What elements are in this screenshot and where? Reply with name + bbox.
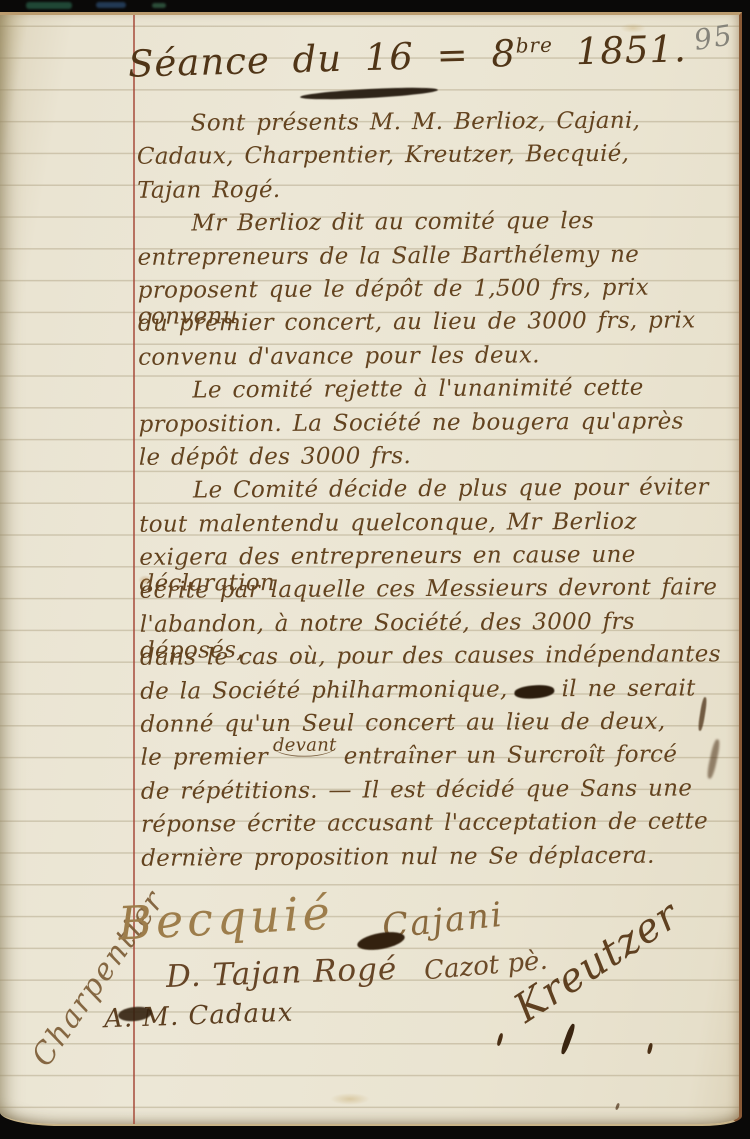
ink-mark [560, 1023, 577, 1055]
manuscript-line: l'abandon, à notre Société, des 3000 frs… [140, 608, 730, 645]
manuscript-line-strikeout: de la Société philharmonique,il ne serai… [140, 675, 730, 712]
heading-text: 1851. [552, 27, 687, 74]
ink-mark [496, 1033, 503, 1047]
scan-edge-mark [152, 3, 166, 8]
ink-scribble [514, 684, 555, 700]
ink-mark [615, 1103, 620, 1111]
heading-superscript: bre [515, 33, 553, 58]
manuscript-line: dans le cas où, pour des causes indépend… [140, 641, 730, 678]
manuscript-line: écrite par laquelle ces Messieurs devron… [140, 575, 730, 612]
paper-stain [330, 1093, 370, 1105]
heading-text: Séance du 16 = 8 [128, 32, 517, 86]
manuscript-line: donné qu'un Seul concert au lieu de deux… [140, 708, 730, 745]
manuscript-line: de répétitions. — Il est décidé que Sans… [141, 775, 731, 812]
manuscript-line: réponse écrite accusant l'acceptation de… [141, 808, 731, 845]
manuscript-line: entrepreneurs de la Salle Barthélemy ne [137, 241, 727, 278]
scanned-manuscript-page: { "document": { "page_number": "95", "he… [0, 0, 750, 1139]
line-text: le premier [141, 744, 269, 771]
signature-becquie: Becquié [117, 885, 335, 950]
manuscript-line: convenu d'avance pour les deux. [138, 341, 728, 378]
ink-blot [356, 929, 406, 953]
manuscript-line: Cadaux, Charpentier, Kreutzer, Becquié, [137, 141, 727, 178]
manuscript-line: Le comité rejette à l'unanimité cette [138, 374, 728, 411]
manuscript-line: du premier concert, au lieu de 3000 frs,… [138, 308, 728, 345]
ink-smudge [300, 85, 438, 101]
manuscript-line: exigera des entrepreneurs en cause une d… [139, 541, 729, 578]
minutes-body: Sont présents M. M. Berlioz, Cajani, Cad… [137, 107, 732, 879]
inserted-word: devant [273, 735, 337, 757]
line-text: de la Société philharmonique, [140, 676, 508, 704]
ink-mark [647, 1043, 654, 1055]
scan-edge-mark [26, 2, 72, 9]
line-text: il ne serait [562, 675, 696, 702]
manuscript-paper: 95 Séance du 16 = 8bre 1851. Sont présen… [0, 12, 742, 1126]
manuscript-line: tout malentendu quelconque, Mr Berlioz [139, 508, 729, 545]
line-text: entraîner un Surcroît forcé [344, 742, 678, 770]
manuscript-line: proposent que le dépôt de 1,500 frs, pri… [138, 274, 728, 311]
manuscript-line-insertion: le premierdevantentraîner un Surcroît fo… [141, 742, 731, 779]
signature-tajan-roge: D. Tajan Rogé [165, 951, 397, 995]
scan-edge-mark [96, 2, 126, 8]
manuscript-line: Mr Berlioz dit au comité que les [137, 207, 727, 244]
manuscript-line: Tajan Rogé. [137, 174, 727, 211]
seance-heading: Séance du 16 = 8bre 1851. [128, 27, 688, 86]
page-number: 95 [692, 18, 736, 57]
manuscript-line: dernière proposition nul ne Se déplacera… [141, 842, 731, 879]
manuscript-line: Le Comité décide de plus que pour éviter [139, 474, 729, 511]
manuscript-line: proposition. La Société ne bougera qu'ap… [138, 408, 728, 445]
manuscript-line: Sont présents M. M. Berlioz, Cajani, [137, 107, 727, 144]
manuscript-line: le dépôt des 3000 frs. [139, 441, 729, 478]
